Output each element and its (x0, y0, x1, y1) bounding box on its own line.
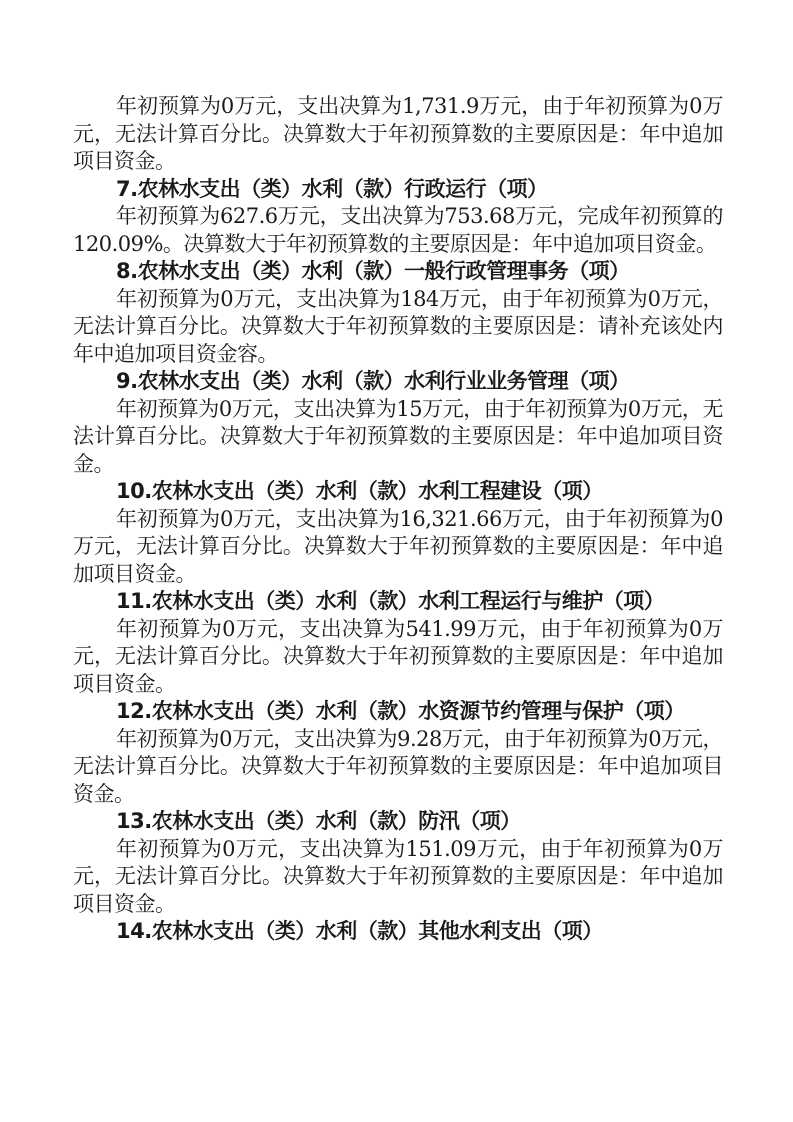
section-13-body: 年初预算为0万元，支出决算为151.09万元，由于年初预算为0万元，无法计算百分… (73, 836, 723, 919)
section-10-heading: 10.农林水支出（类）水利（款）水利工程建设（项） (73, 478, 723, 506)
section-7-heading: 7.农林水支出（类）水利（款）行政运行（项） (73, 176, 723, 204)
section-11-heading: 11.农林水支出（类）水利（款）水利工程运行与维护（项） (73, 588, 723, 616)
section-6-body: 年初预算为0万元，支出决算为1,731.9万元，由于年初预算为0万元，无法计算百… (73, 93, 723, 176)
section-9-body: 年初预算为0万元，支出决算为15万元，由于年初预算为0万元，无法计算百分比。决算… (73, 396, 723, 479)
section-9-heading: 9.农林水支出（类）水利（款）水利行业业务管理（项） (73, 368, 723, 396)
section-10-body: 年初预算为0万元，支出决算为16,321.66万元，由于年初预算为0万元，无法计… (73, 506, 723, 589)
section-8-body: 年初预算为0万元，支出决算为184万元，由于年初预算为0万元，无法计算百分比。决… (73, 286, 723, 369)
document-page: 年初预算为0万元，支出决算为1,731.9万元，由于年初预算为0万元，无法计算百… (73, 93, 723, 946)
section-11-body: 年初预算为0万元，支出决算为541.99万元，由于年初预算为0万元，无法计算百分… (73, 616, 723, 699)
section-12-heading: 12.农林水支出（类）水利（款）水资源节约管理与保护（项） (73, 698, 723, 726)
section-14-heading: 14.农林水支出（类）水利（款）其他水利支出（项） (73, 918, 723, 946)
section-7-body: 年初预算为627.6万元，支出决算为753.68万元，完成年初预算的120.09… (73, 203, 723, 258)
section-12-body: 年初预算为0万元，支出决算为9.28万元，由于年初预算为0万元，无法计算百分比。… (73, 726, 723, 809)
section-13-heading: 13.农林水支出（类）水利（款）防汛（项） (73, 808, 723, 836)
section-8-heading: 8.农林水支出（类）水利（款）一般行政管理事务（项） (73, 258, 723, 286)
